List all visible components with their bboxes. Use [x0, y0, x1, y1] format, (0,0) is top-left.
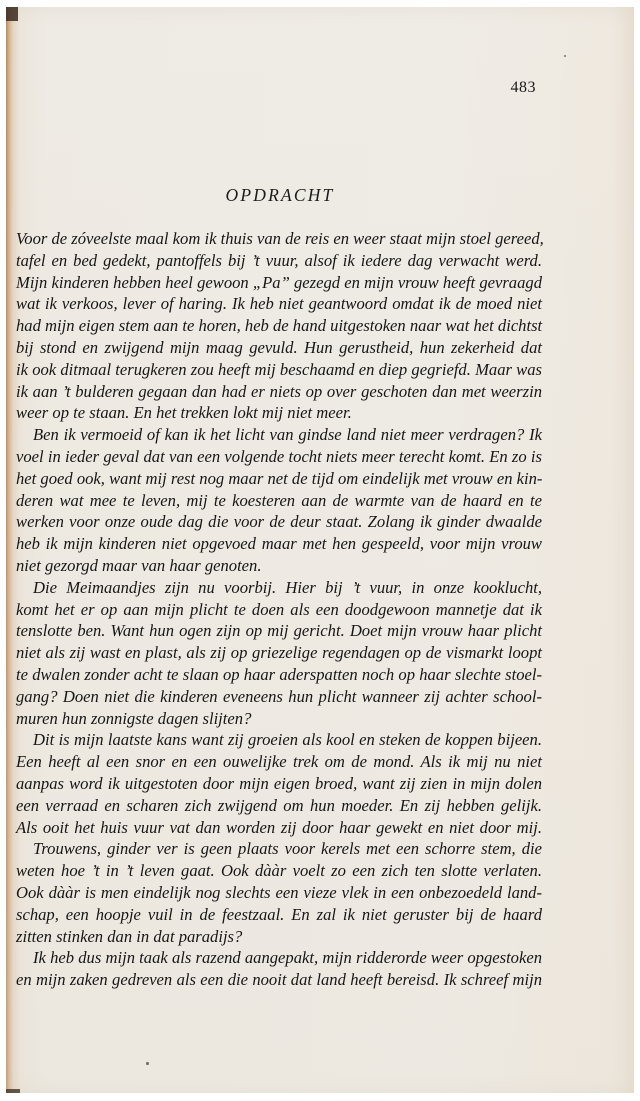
- text-line: te dwalen zonder acht te slaan op haar a…: [16, 664, 542, 686]
- text-line: gang? Doen niet die kinderen eveneens hu…: [16, 686, 542, 708]
- text-line: bij stond en zwijgend mijn maag gevuld. …: [16, 337, 542, 359]
- book-page: 483 OPDRACHT Voor de zóveelste maal kom …: [6, 7, 634, 1093]
- text-line: Voor de zóveelste maal kom ik thuis van …: [16, 228, 542, 250]
- paper-speck: [564, 55, 566, 57]
- text-line: niet als zij wast en plast, als zij op g…: [16, 642, 542, 664]
- chapter-title: OPDRACHT: [6, 185, 554, 206]
- gutter-shadow-top: [6, 7, 18, 21]
- text-line: Een heeft al een snor en een ouwelijke t…: [16, 751, 542, 773]
- paragraph-4: Dit is mijn laatste kans want zij groeie…: [16, 729, 542, 838]
- text-line: muren hun zonnigste dagen slijten?: [16, 708, 542, 730]
- text-line: ik aan ’t bulderen gegaan dan had er nie…: [16, 381, 542, 403]
- text-line: niet gezorgd maar van haar genoten.: [16, 555, 542, 577]
- text-line: tenslotte ben. Want hun ogen zijn op mij…: [16, 620, 542, 642]
- text-line: een verraad en scharen zich zwijgend om …: [16, 795, 542, 817]
- paragraph-1: Voor de zóveelste maal kom ik thuis van …: [16, 228, 542, 424]
- text-line: het goed ook, want mij rest nog maar net…: [16, 468, 542, 490]
- text-line: tafel en bed gedekt, pantoffels bij ’t v…: [16, 250, 542, 272]
- paragraph-6: Ik heb dus mijn taak als razend aangepak…: [16, 947, 542, 991]
- text-line: heb ik mijn kinderen niet opgevoed maar …: [16, 533, 542, 555]
- text-line: Ook dààr is men eindelijk nog slechts ee…: [16, 882, 542, 904]
- text-line: voel in ieder geval dat van een volgende…: [16, 446, 542, 468]
- text-line: weten hoe ’t in ’t leven gaat. Ook dààr …: [16, 860, 542, 882]
- text-line: Dit is mijn laatste kans want zij groeie…: [16, 729, 542, 751]
- page-number: 483: [506, 79, 536, 97]
- paragraph-5: Trouwens, ginder ver is geen plaats voor…: [16, 838, 542, 947]
- paragraph-2: Ben ik vermoeid of kan ik het licht van …: [16, 424, 542, 577]
- text-line: zitten stinken dan in dat paradijs?: [16, 926, 542, 948]
- text-line: Als ooit het huis vuur vat dan worden zi…: [16, 817, 542, 839]
- text-line: Ben ik vermoeid of kan ik het licht van …: [16, 424, 542, 446]
- text-line: aanpas word ik uitgestoten door mijn eig…: [16, 773, 542, 795]
- text-line: Ik heb dus mijn taak als razend aangepak…: [16, 947, 542, 969]
- text-line: werken voor onze oude dag die voor de de…: [16, 511, 542, 533]
- text-line: weer op te staan. En het trekken lokt mi…: [16, 402, 542, 424]
- gutter-shadow-bottom: [6, 1089, 20, 1093]
- text-line: wat ik verkoos, lever of haring. Ik heb …: [16, 293, 542, 315]
- paragraph-3: Die Meimaandjes zijn nu voorbij. Hier bi…: [16, 577, 542, 730]
- text-line: deren wat mee te leven, mij te koesteren…: [16, 490, 542, 512]
- paper-speck: [146, 1062, 149, 1065]
- text-line: had mijn eigen stem aan te horen, heb de…: [16, 315, 542, 337]
- body-text: Voor de zóveelste maal kom ik thuis van …: [16, 228, 542, 991]
- text-line: Mijn kinderen hebben heel gewoon „Pa” ge…: [16, 272, 542, 294]
- text-line: ik ook ditmaal terugkeren zou heeft mij …: [16, 359, 542, 381]
- text-line: en mijn zaken gedreven als een die nooit…: [16, 969, 542, 991]
- text-line: schap, een hoopje vuil in de feestzaal. …: [16, 904, 542, 926]
- text-line: komt het er op aan mijn plicht te doen a…: [16, 599, 542, 621]
- text-line: Die Meimaandjes zijn nu voorbij. Hier bi…: [16, 577, 542, 599]
- text-line: Trouwens, ginder ver is geen plaats voor…: [16, 838, 542, 860]
